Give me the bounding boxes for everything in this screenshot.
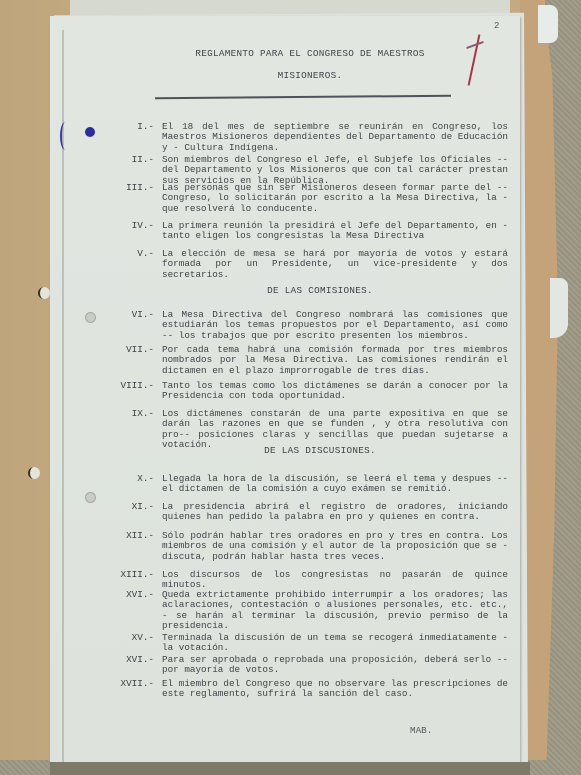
- section-heading: DE LAS DISCUSIONES.: [200, 446, 440, 456]
- article-number: VIII.-: [110, 381, 162, 402]
- title-line-1: REGLAMENTO PARA EL CONGRESO DE MAESTROS: [190, 49, 430, 59]
- article: XI.-La presidencia abrirá el registro de…: [110, 502, 508, 523]
- article-text: Por cada tema habrá una comisión formada…: [162, 345, 508, 376]
- article: VIII.-Tanto los temas como los dictámene…: [110, 381, 508, 402]
- article: VII.-Por cada tema habrá una comisión fo…: [110, 345, 508, 376]
- article: XII.-Sólo podrán hablar tres oradores en…: [110, 531, 508, 562]
- article-text: Queda extrictamente prohibido interrumpi…: [162, 590, 508, 631]
- article-number: XIII.-: [110, 570, 162, 591]
- article: XIII.-Los discursos de los congresistas …: [110, 570, 508, 591]
- article-text: Llegada la hora de la discusión, se leer…: [162, 474, 508, 495]
- section-heading: DE LAS COMISIONES.: [200, 286, 440, 296]
- article-number: VI.-: [110, 310, 162, 341]
- article-text: Los dictámenes constarán de una parte ex…: [162, 409, 508, 450]
- article-number: V.-: [110, 249, 162, 280]
- article-text: El 18 del mes de septiembre se reunirán …: [162, 122, 508, 153]
- article-number: X.-: [110, 474, 162, 495]
- article-number: XI.-: [110, 502, 162, 523]
- article-text: La elección de mesa se hará por mayoría …: [162, 249, 508, 280]
- article-number: XVI.-: [110, 655, 162, 676]
- article-text: Terminada la discusión de un tema se rec…: [162, 633, 508, 654]
- article-number: I.-: [110, 122, 162, 153]
- article-number: XV.-: [110, 633, 162, 654]
- article: IV.-La primera reunión la presidirá el J…: [110, 221, 508, 242]
- article: I.-El 18 del mes de septiembre se reunir…: [110, 122, 508, 153]
- article: III.-Las personas que sin ser Misioneros…: [110, 183, 508, 214]
- article-number: VII.-: [110, 345, 162, 376]
- article-number: IV.-: [110, 221, 162, 242]
- article-text: La primera reunión la presidirá el Jefe …: [162, 221, 508, 242]
- article: IX.-Los dictámenes constarán de una part…: [110, 409, 508, 450]
- article: V.-La elección de mesa se hará por mayor…: [110, 249, 508, 280]
- article: XV.-Terminada la discusión de un tema se…: [110, 633, 508, 654]
- article-number: XVII.-: [110, 679, 162, 700]
- article-text: Sólo podrán hablar tres oradores en pro …: [162, 531, 508, 562]
- article-number: XVI.-: [110, 590, 162, 631]
- article: X.-Llegada la hora de la discusión, se l…: [110, 474, 508, 495]
- article-text: Los discursos de los congresistas no pas…: [162, 570, 508, 591]
- article-text: Tanto los temas como los dictámenes se d…: [162, 381, 508, 402]
- signature-initials: MAB.: [410, 726, 432, 736]
- article: XVII.-El miembro del Congreso que no obs…: [110, 679, 508, 700]
- article-number: XII.-: [110, 531, 162, 562]
- article: XVI.-Queda extrictamente prohibido inter…: [110, 590, 508, 631]
- article-text: La Mesa Directiva del Congreso nombrará …: [162, 310, 508, 341]
- title-rule: [155, 95, 451, 99]
- document-text: REGLAMENTO PARA EL CONGRESO DE MAESTROS …: [0, 0, 581, 775]
- article: XVI.-Para ser aprobada o reprobada una p…: [110, 655, 508, 676]
- bottom-edge: [50, 762, 530, 775]
- article-number: III.-: [110, 183, 162, 214]
- article: VI.-La Mesa Directiva del Congreso nombr…: [110, 310, 508, 341]
- article-text: El miembro del Congreso que no observare…: [162, 679, 508, 700]
- article-text: La presidencia abrirá el registro de ora…: [162, 502, 508, 523]
- article-number: IX.-: [110, 409, 162, 450]
- article-text: Para ser aprobada o reprobada una propos…: [162, 655, 508, 676]
- title-line-2: MISIONEROS.: [190, 71, 430, 81]
- document-title: REGLAMENTO PARA EL CONGRESO DE MAESTROS …: [190, 49, 430, 94]
- article-text: Las personas que sin ser Misioneros dese…: [162, 183, 508, 214]
